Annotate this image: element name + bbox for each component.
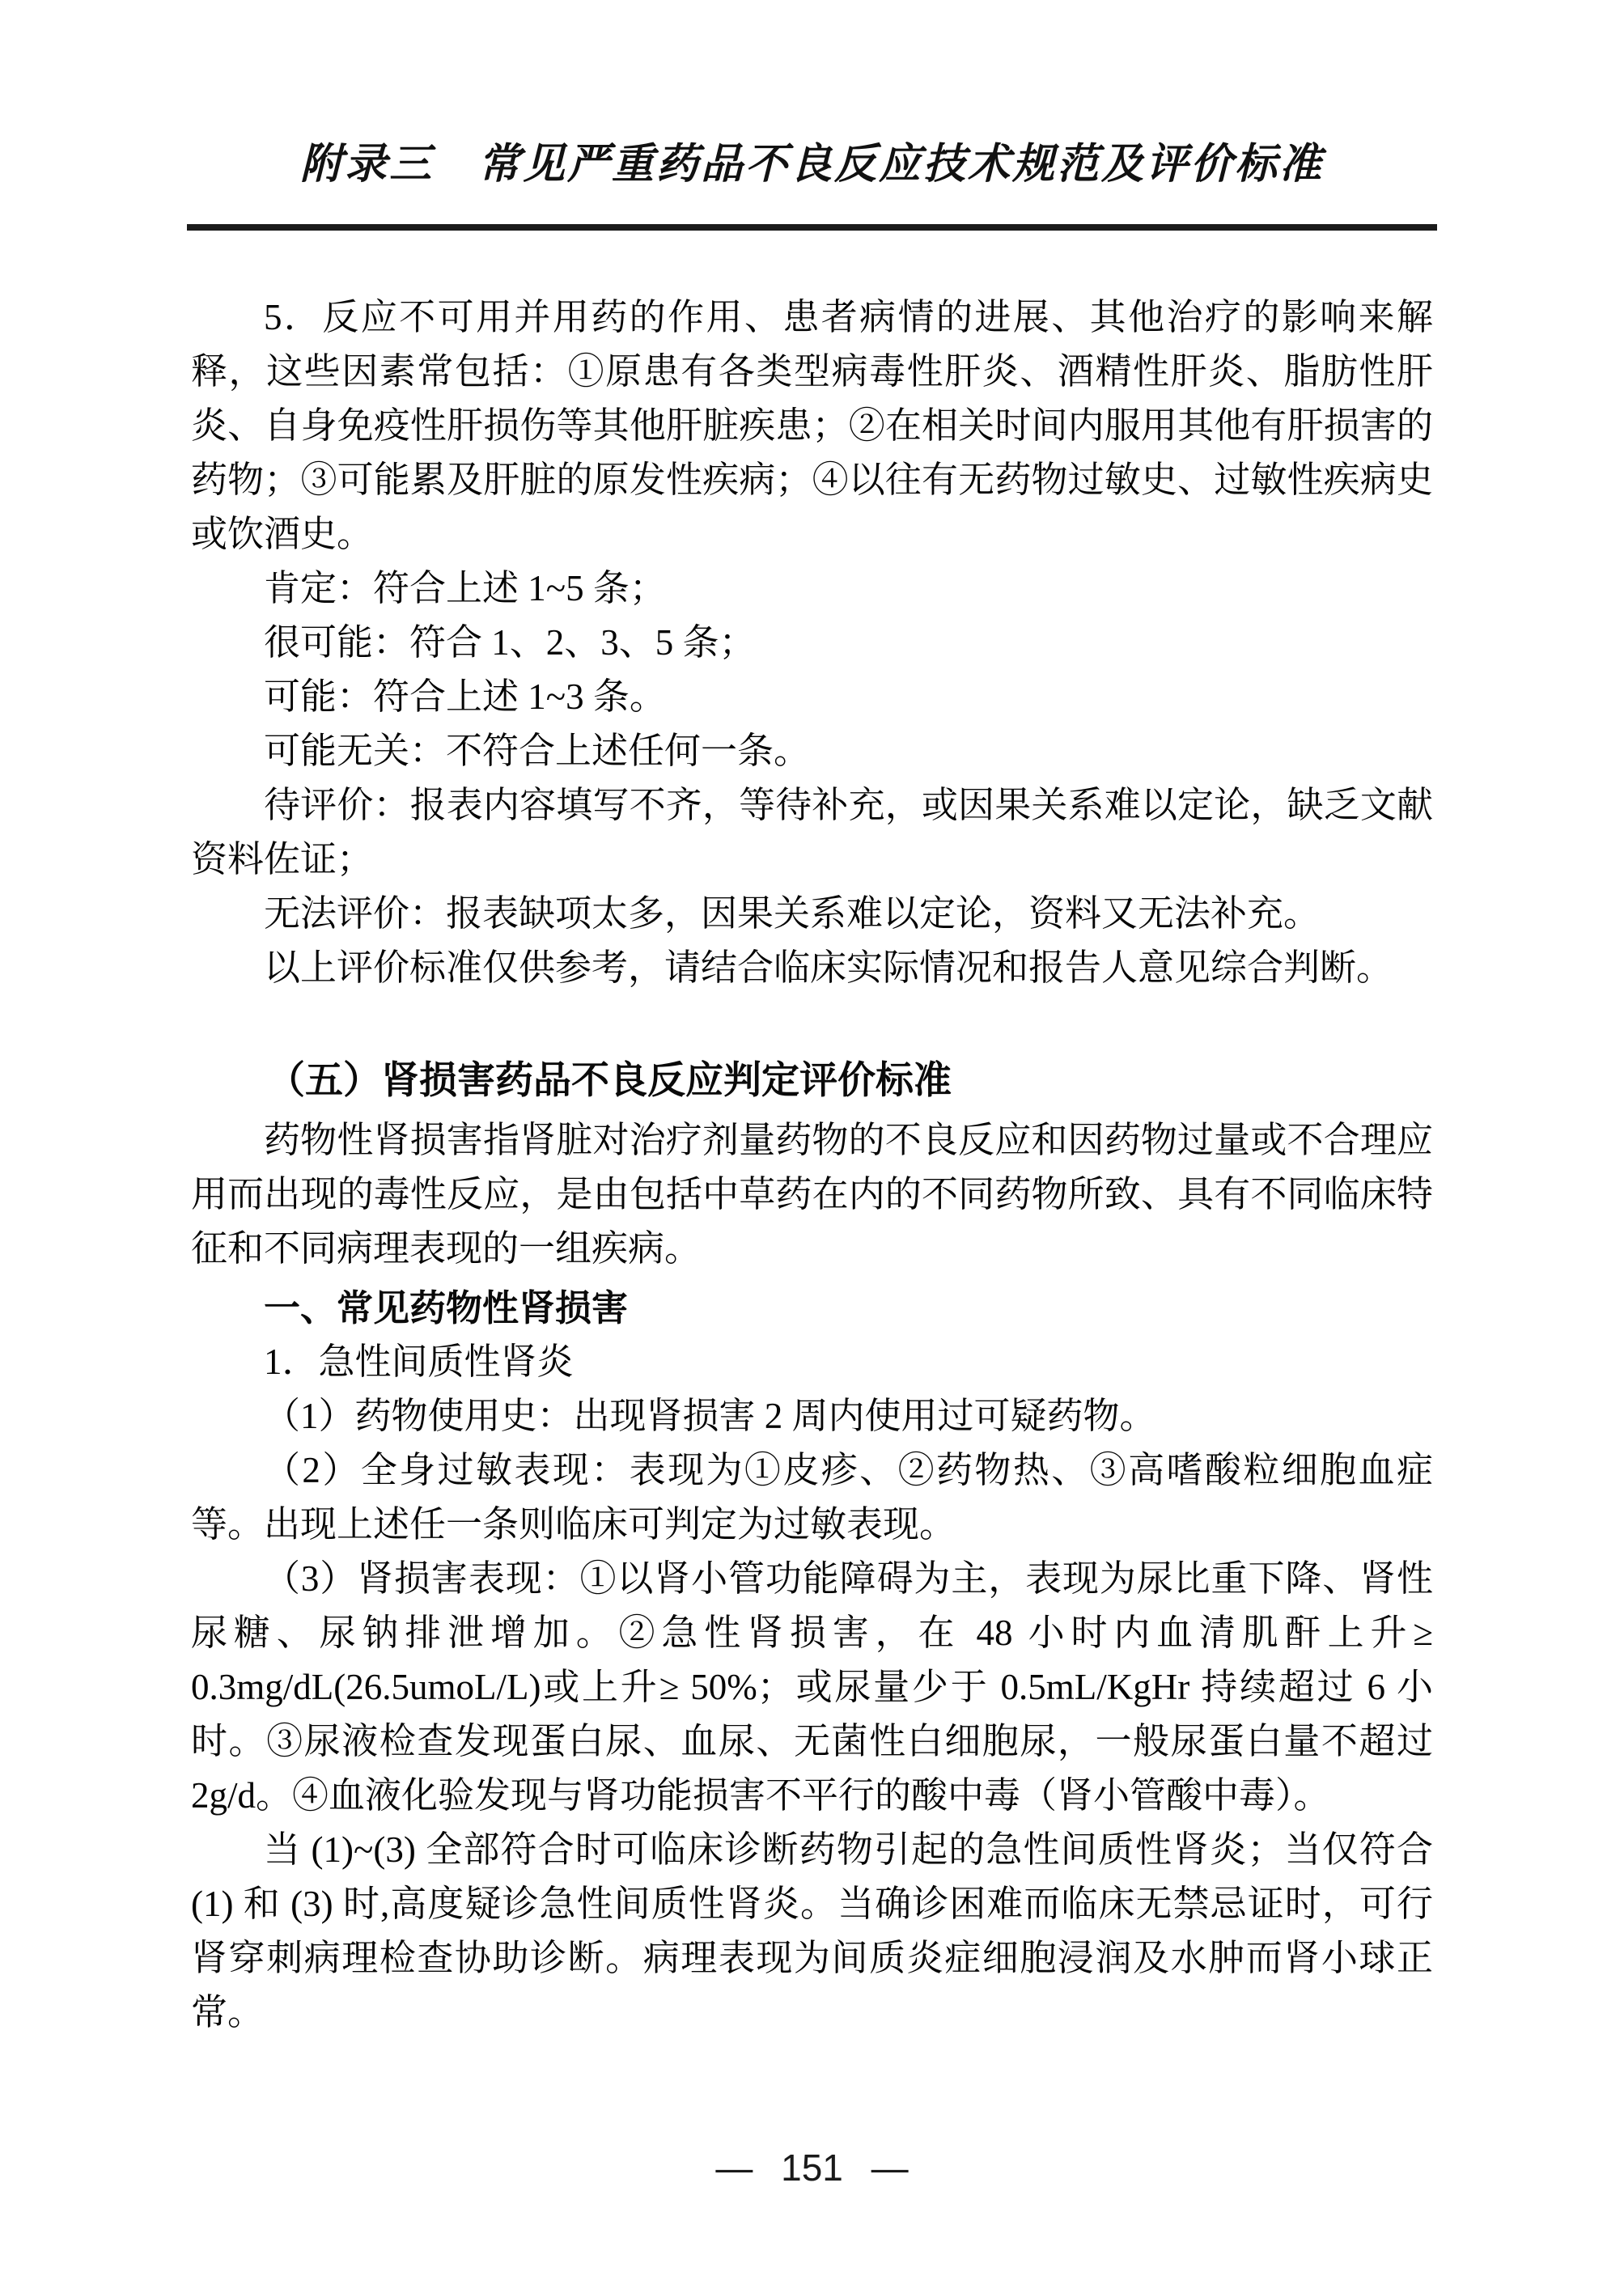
header-rule [187,224,1437,231]
paragraph-item-5: 5．反应不可用并用药的作用、患者病情的进展、其他治疗的影响来解释，这些因素常包括… [191,290,1433,562]
section-heading-kidney-damage-criteria: （五）肾损害药品不良反应判定评价标准 [191,1052,1433,1108]
criteria-pending-evaluation: 待评价：报表内容填写不齐，等待补充，或因果关系难以定论，缺乏文献资料佐证； [191,778,1433,887]
criteria-possible: 可能：符合上述 1~3 条。 [191,670,1433,724]
subsection-heading-common-drug-kidney-damage: 一、常见药物性肾损害 [191,1281,1433,1335]
page-header: 附录三 常见严重药品不良反应技术规范及评价标准 [0,0,1624,231]
document-body: 5．反应不可用并用药的作用、患者病情的进展、其他治疗的影响来解释，这些因素常包括… [191,290,1433,2040]
document-page: 附录三 常见严重药品不良反应技术规范及评价标准 5．反应不可用并用药的作用、患者… [0,0,1624,2293]
page-number: — 151 — [715,2147,908,2189]
item-drug-use-history: （1）药物使用史：出现肾损害 2 周内使用过可疑药物。 [191,1389,1433,1443]
criteria-unable-to-evaluate: 无法评价：报表缺项太多，因果关系难以定论，资料又无法补充。 [191,887,1433,941]
item-systemic-allergy-signs: （2）全身过敏表现：表现为①皮疹、②药物热、③高嗜酸粒细胞血症等。出现上述任一条… [191,1443,1433,1552]
item-acute-interstitial-nephritis: 1．急性间质性肾炎 [191,1335,1433,1389]
criteria-very-probable: 很可能：符合 1、2、3、5 条； [191,616,1433,670]
criteria-reference-note: 以上评价标准仅供参考，请结合临床实际情况和报告人意见综合判断。 [191,941,1433,995]
paragraph-diagnosis-conclusion: 当 (1)~(3) 全部符合时可临床诊断药物引起的急性间质性肾炎；当仅符合 (1… [191,1823,1433,2040]
criteria-definite: 肯定：符合上述 1~5 条； [191,562,1433,616]
paragraph-kidney-damage-intro: 药物性肾损害指肾脏对治疗剂量药物的不良反应和因药物过量或不合理应用而出现的毒性反… [191,1113,1433,1276]
item-kidney-damage-signs: （3）肾损害表现：①以肾小管功能障碍为主，表现为尿比重下降、肾性尿糖、尿钠排泄增… [191,1552,1433,1823]
page-footer: — 151 — [0,2146,1624,2189]
criteria-possibly-unrelated: 可能无关：不符合上述任何一条。 [191,724,1433,778]
page-title: 附录三 常见严重药品不良反应技术规范及评价标准 [0,129,1624,190]
